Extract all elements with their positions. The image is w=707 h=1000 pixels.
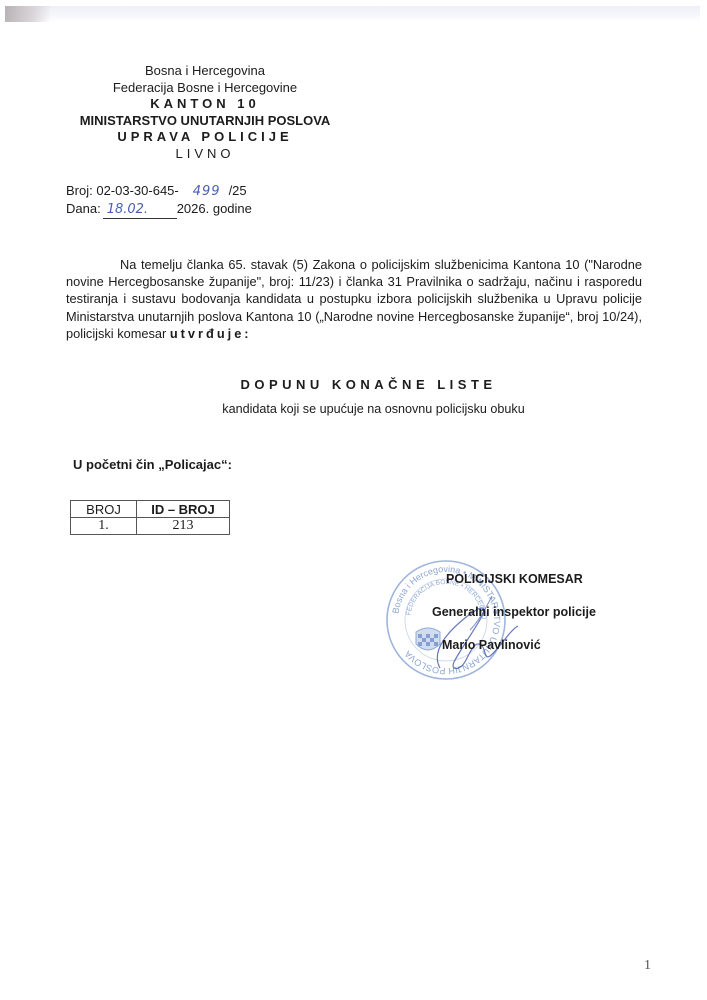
candidate-table: BROJ ID – BROJ 1. 213 [70, 500, 230, 535]
table-row: 1. 213 [71, 518, 230, 535]
document-subtitle: kandidata koji se upućuje na osnovnu pol… [0, 402, 707, 416]
handwritten-date: 18.02. [103, 201, 177, 219]
cell-id: 213 [137, 518, 230, 535]
signatory-title: POLICIJSKI KOMESAR [446, 572, 583, 586]
reference-number: Broj: 02-03-30-645-499/25 [66, 182, 252, 200]
rank-heading: U početni čin „Policajac“: [73, 457, 232, 472]
legal-basis-paragraph: Na temelju članka 65. stavak (5) Zakona … [66, 256, 642, 342]
reference-block: Broj: 02-03-30-645-499/25 Dana:18.02.202… [66, 182, 252, 219]
reference-date: Dana:18.02.2026. godine [66, 200, 252, 219]
column-header-id: ID – BROJ [137, 501, 230, 518]
scan-edge [5, 6, 700, 22]
signatory-position: Generalni inspektor policije [432, 605, 596, 619]
column-header-number: BROJ [71, 501, 137, 518]
administration-line: UPRAVA POLICIJE [60, 129, 350, 146]
handwritten-number: 499 [193, 183, 221, 200]
verb-emphasis: utvrđuje: [170, 326, 252, 341]
canton-line: KANTON 10 [60, 96, 350, 113]
cell-number: 1. [71, 518, 137, 535]
handwritten-signature-icon [420, 590, 540, 680]
ministry-line: MINISTARSTVO UNUTARNJIH POSLOVA [60, 113, 350, 130]
scan-shadow [5, 6, 50, 22]
country-line: Bosna i Hercegovina [60, 63, 350, 80]
city-line: LIVNO [60, 146, 350, 163]
federation-line: Federacija Bosne i Hercegovine [60, 80, 350, 97]
letterhead: Bosna i Hercegovina Federacija Bosne i H… [60, 63, 350, 162]
document-title: DOPUNU KONAČNE LISTE [0, 377, 707, 392]
signatory-name: Mario Pavlinović [442, 638, 541, 652]
page-number: 1 [644, 958, 651, 974]
table-header-row: BROJ ID – BROJ [71, 501, 230, 518]
